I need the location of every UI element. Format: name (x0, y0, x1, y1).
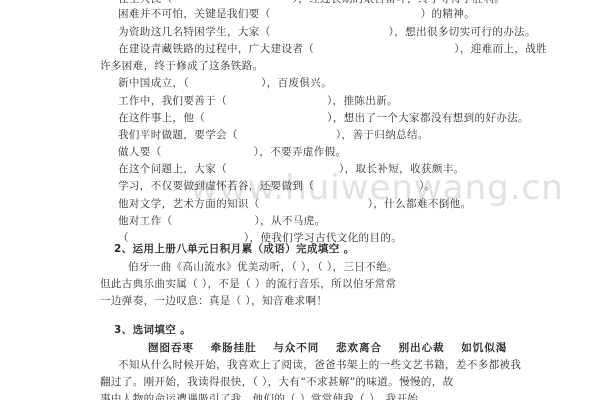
sentence-line: 我们平时做题，要学会（），善于归纳总结。 (118, 128, 429, 142)
word-bank-item: 与众不同 (273, 342, 319, 354)
word-bank-item: 囫囵吞枣 (148, 342, 194, 354)
sentence-line: 在生人民（），经过长期的艰苦奋斗，终于夺得了胜利。 (118, 0, 505, 6)
document-page: www.huiwenwang.cn 在生人民（），经过长期的艰苦奋斗，终于夺得了… (0, 0, 600, 400)
paragraph-line: 但此古典乐曲实属（ ），不是（ ）的流行音乐，所以伯牙常常 (100, 277, 397, 291)
paragraph-line: 不知从什么时候开始，我喜欢上了阅读，爸爸书架上的一些文艺书籍，差不多都被我 (118, 358, 521, 372)
word-bank-item: 牵肠挂肚 (211, 342, 257, 354)
section-heading: 3、选词填空 。 (114, 323, 191, 337)
paragraph-line: 一边弹奏，一边叹息：真是（ ），知音难求啊！ (100, 294, 327, 308)
word-bank-item: 如饥似渴 (461, 342, 507, 354)
sentence-line: 做人要（），不要弄虚作假。 (118, 145, 346, 159)
paragraph-line: 事中人物的命运遭遇吸引了我，他们的（ ）常常使我（ ），我开始 (100, 392, 418, 400)
sentence-line: 新中国成立，（），百废俱兴。 (118, 76, 332, 90)
sentence-line: 为资助这几名特困学生，大家（），想出很多切实可行的办法。 (118, 25, 536, 39)
paragraph-line: 伯牙一曲《高山流水》优美动听，（ ），（ ），三日不绝。 (128, 260, 398, 274)
sentence-line: 工作中，我们要善于（），推陈出新。 (118, 94, 398, 108)
section-heading: 2、运用上册八单元日积月累（成语）完成填空 。 (114, 242, 355, 256)
sentence-line: 困难并不可怕，关键是我们要（）的精神。 (118, 7, 475, 21)
paragraph-line: 翻过了。刚开始，我读得很快，（ ），大有“不求甚解”的味道。慢慢的，故 (100, 375, 454, 389)
word-bank: 囫囵吞枣 牵肠挂肚 与众不同 悲欢离合 别出心裁 如饥似渴 (148, 341, 519, 355)
sentence-line: 他对工作（），从不马虎。 (118, 214, 326, 228)
sentence-line: 他对文学，艺术方面的知识（），什么都难不倒他。 (118, 197, 471, 211)
word-bank-item: 别出心裁 (399, 342, 445, 354)
sentence-line: 学习，不仅要做到虚怀若谷，还要做到（）。 (118, 179, 436, 193)
sentence-line: 许多困难，终于修成了这条铁路。 (100, 59, 264, 73)
word-bank-item: 悲欢离合 (336, 342, 382, 354)
sentence-line: 在这个问题上，大家（），取长补短，收获颇丰。 (118, 162, 465, 176)
sentence-line: 在建设青藏铁路的过程中，广大建设者（），迎难而上，战胜 (118, 42, 547, 56)
sentence-line: 在这件事上，他（），想出了一个大家都没有想到的好办法。 (118, 111, 529, 125)
